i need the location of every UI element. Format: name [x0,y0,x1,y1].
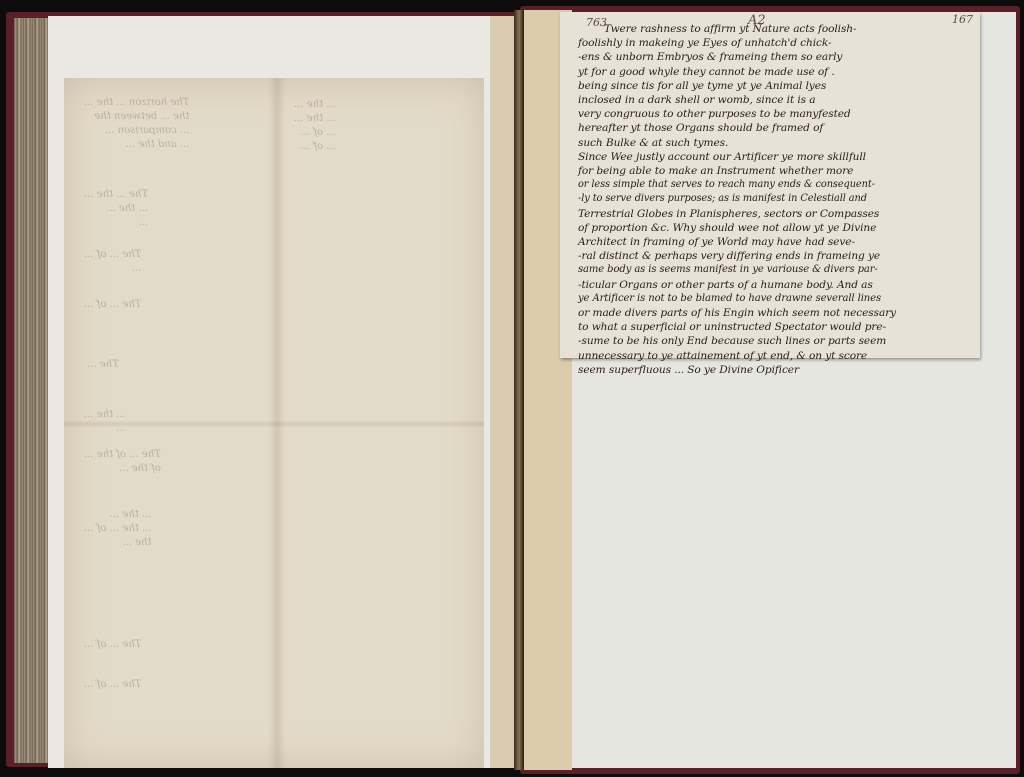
text-line: for being able to make an Instrument whe… [578,164,896,178]
text-line: to what a superficial or uninstructed Sp… [578,320,896,334]
text-line: very congruous to other purposes to be m… [578,107,896,121]
text-line: -ticular Organs or other parts of a huma… [578,278,896,292]
ghost-text: ... the ... ... the ... ... of ... ... o… [294,98,336,154]
text-line: Terrestrial Globes in Planispheres, sect… [578,207,896,221]
text-line: yt for a good whyle they cannot be made … [578,65,896,79]
text-line: Architect in framing of ye World may hav… [578,235,896,249]
text-line: of proportion &c. Why should wee not all… [578,221,896,235]
text-line: same body as is seems manifest in ye var… [578,263,896,277]
text-line: -ral distinct & perhaps very differing e… [578,249,896,263]
text-line: or made divers parts of his Engin which … [578,306,896,320]
text-line: unnecessary to ye attainement of yt end,… [578,349,896,363]
book-gutter [514,10,524,770]
ghost-text: The horizon ... the ... the ... between … [84,96,189,152]
text-line: Twere rashness to affirm yt Nature acts … [578,22,896,36]
text-line: -sume to be his only End because such li… [578,334,896,348]
text-line: or less simple that serves to reach many… [578,178,896,192]
manuscript-note: 763 A2 167 Twere rashness to affirm yt N… [560,12,980,358]
ghost-text: The ... of ... ... [84,248,141,276]
text-line: -ly to serve divers purposes; as is mani… [578,192,896,206]
note-text-block: Twere rashness to affirm yt Nature acts … [578,22,896,377]
folio-number: 167 [952,13,973,26]
text-line: inclosed in a dark shell or womb, since … [578,93,896,107]
left-guard-strip [490,16,514,768]
text-line: -ens & unborn Embryos & frameing them so… [578,50,896,64]
ghost-text: The ... the ... ... the ... ... [84,188,148,230]
text-line: being since tis for all ye tyme yt ye An… [578,79,896,93]
text-line: hereafter yt those Organs should be fram… [578,121,896,135]
text-line: such Bulke & at such tymes. [578,136,896,150]
ghost-text: The ... of the ... of the ... [84,448,161,476]
ghost-text: The ... of ... [84,298,141,312]
text-line: Since Wee justly account our Artificer y… [578,150,896,164]
page-edges [14,18,48,763]
ghost-text: ... the ... ... the ... of ... the ... [84,508,151,550]
ghost-text: The ... of ... [84,678,141,692]
text-line: seem superfluous ... So ye Divine Opific… [578,363,896,377]
text-line: ye Artificer is not to be blamed to have… [578,292,896,306]
left-leaf-horizontal-fold [64,420,484,428]
ghost-text: The ... of ... [84,638,141,652]
ghost-text: The ... [84,358,119,372]
text-line: foolishly in makeing ye Eyes of unhatch'… [578,36,896,50]
